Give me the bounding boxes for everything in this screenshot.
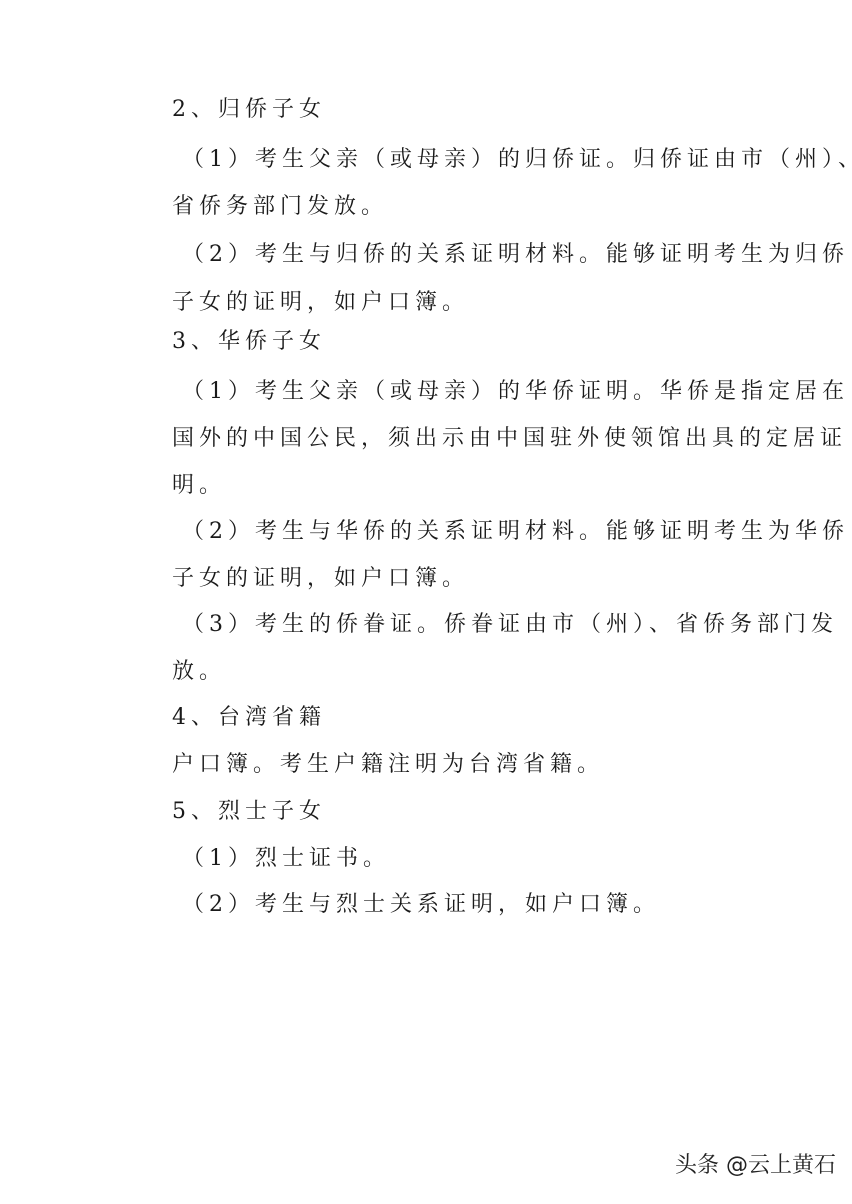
paragraph-line: （2）考生与华侨的关系证明材料。能够证明考生为华侨 [182, 517, 849, 547]
paragraph-line: （1）考生父亲（或母亲）的华侨证明。华侨是指定居在 [182, 377, 849, 407]
paragraph-line: 国外的中国公民，须出示由中国驻外使领馆出具的定居证 [172, 424, 847, 454]
paragraph-line: （1）烈士证书。 [182, 844, 390, 874]
section-heading-2: 2、归侨子女 [172, 95, 326, 125]
section-heading-4: 4、台湾省籍 [172, 703, 326, 733]
section-heading-5: 5、烈士子女 [172, 797, 326, 827]
watermark: 头条 @云上黄石 [675, 1148, 836, 1179]
paragraph-line: 子女的证明，如户口簿。 [172, 564, 469, 594]
paragraph-line: （2）考生与归侨的关系证明材料。能够证明考生为归侨 [182, 240, 849, 270]
paragraph-line: （3）考生的侨眷证。侨眷证由市（州）、省侨务部门发 [182, 610, 838, 640]
paragraph-line: （1）考生父亲（或母亲）的归侨证。归侨证由市（州）、 [182, 145, 852, 175]
paragraph-line: 放。 [172, 657, 226, 687]
paragraph-line: 省侨务部门发放。 [172, 192, 388, 222]
paragraph-line: （2）考生与烈士关系证明，如户口簿。 [182, 890, 660, 920]
paragraph-line: 子女的证明，如户口簿。 [172, 288, 469, 318]
section-heading-3: 3、华侨子女 [172, 327, 326, 357]
paragraph-line: 明。 [172, 471, 226, 501]
paragraph-line: 户口簿。考生户籍注明为台湾省籍。 [172, 750, 604, 780]
document-page: 2、归侨子女 （1）考生父亲（或母亲）的归侨证。归侨证由市（州）、 省侨务部门发… [0, 0, 852, 1204]
